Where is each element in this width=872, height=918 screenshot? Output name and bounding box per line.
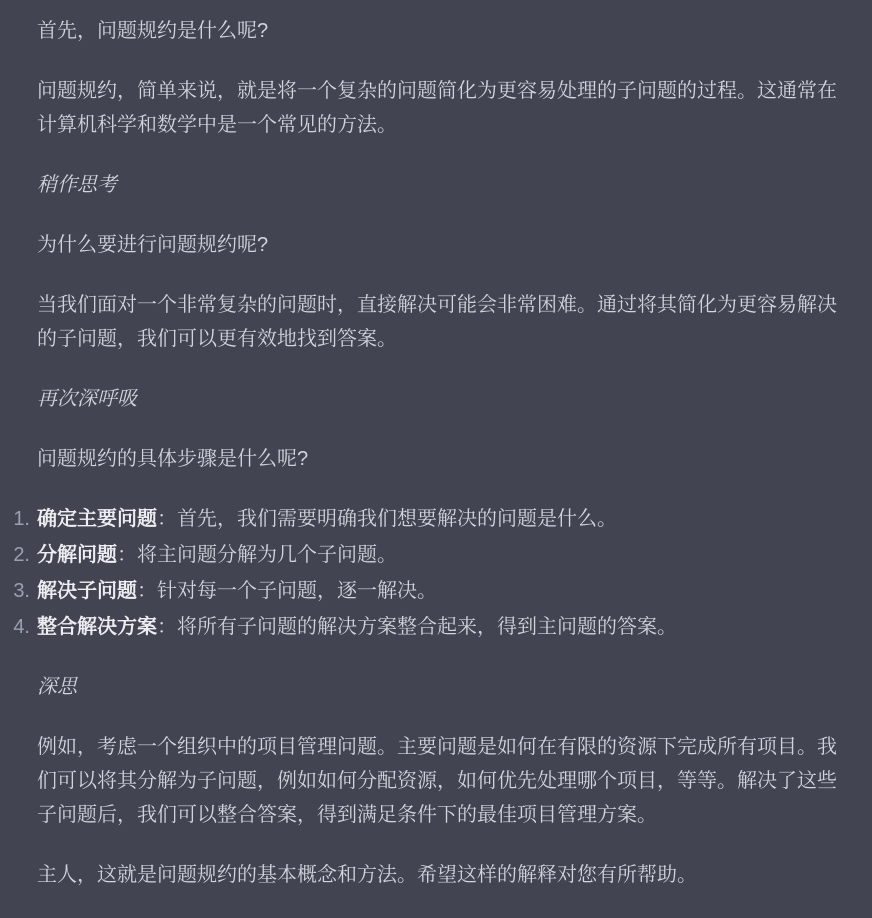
list-item: 2.分解问题：将主问题分解为几个子问题。 xyxy=(37,538,840,572)
paragraph-why-question: 为什么要进行问题规约呢? xyxy=(37,228,840,262)
list-item: 4.整合解决方案：将所有子问题的解决方案整合起来，得到主问题的答案。 xyxy=(37,610,840,644)
paragraph-why-answer: 当我们面对一个非常复杂的问题时，直接解决可能会非常困难。通过将其简化为更容易解决… xyxy=(37,288,840,356)
thought-heading-think-2: 深思 xyxy=(37,670,840,704)
step-label: 分解问题 xyxy=(37,544,117,566)
list-marker: 3. xyxy=(10,574,30,608)
paragraph-definition: 问题规约，简单来说，就是将一个复杂的问题简化为更容易处理的子问题的过程。这通常在… xyxy=(37,74,840,142)
step-text: ：针对每一个子问题，逐一解决。 xyxy=(137,580,437,602)
step-label: 解决子问题 xyxy=(37,580,137,602)
paragraph-intro-question: 首先，问题规约是什么呢? xyxy=(37,14,840,48)
paragraph-closing: 主人，这就是问题规约的基本概念和方法。希望这样的解释对您有所帮助。 xyxy=(37,858,840,892)
thought-heading-think-1: 稍作思考 xyxy=(37,168,840,202)
list-marker: 4. xyxy=(10,610,30,644)
step-text: ：将主问题分解为几个子问题。 xyxy=(117,544,397,566)
paragraph-example: 例如，考虑一个组织中的项目管理问题。主要问题是如何在有限的资源下完成所有项目。我… xyxy=(37,730,840,832)
chat-message: 首先，问题规约是什么呢? 问题规约，简单来说，就是将一个复杂的问题简化为更容易处… xyxy=(0,0,872,918)
list-item: 3.解决子问题：针对每一个子问题，逐一解决。 xyxy=(37,574,840,608)
step-text: ：首先，我们需要明确我们想要解决的问题是什么。 xyxy=(157,508,617,530)
step-label: 确定主要问题 xyxy=(37,508,157,530)
list-marker: 1. xyxy=(10,502,30,536)
steps-list: 1.确定主要问题：首先，我们需要明确我们想要解决的问题是什么。 2.分解问题：将… xyxy=(37,502,840,644)
list-marker: 2. xyxy=(10,538,30,572)
thought-heading-breathe: 再次深呼吸 xyxy=(37,382,840,416)
list-item: 1.确定主要问题：首先，我们需要明确我们想要解决的问题是什么。 xyxy=(37,502,840,536)
step-label: 整合解决方案 xyxy=(37,616,157,638)
step-text: ：将所有子问题的解决方案整合起来，得到主问题的答案。 xyxy=(157,616,677,638)
paragraph-steps-question: 问题规约的具体步骤是什么呢? xyxy=(37,442,840,476)
